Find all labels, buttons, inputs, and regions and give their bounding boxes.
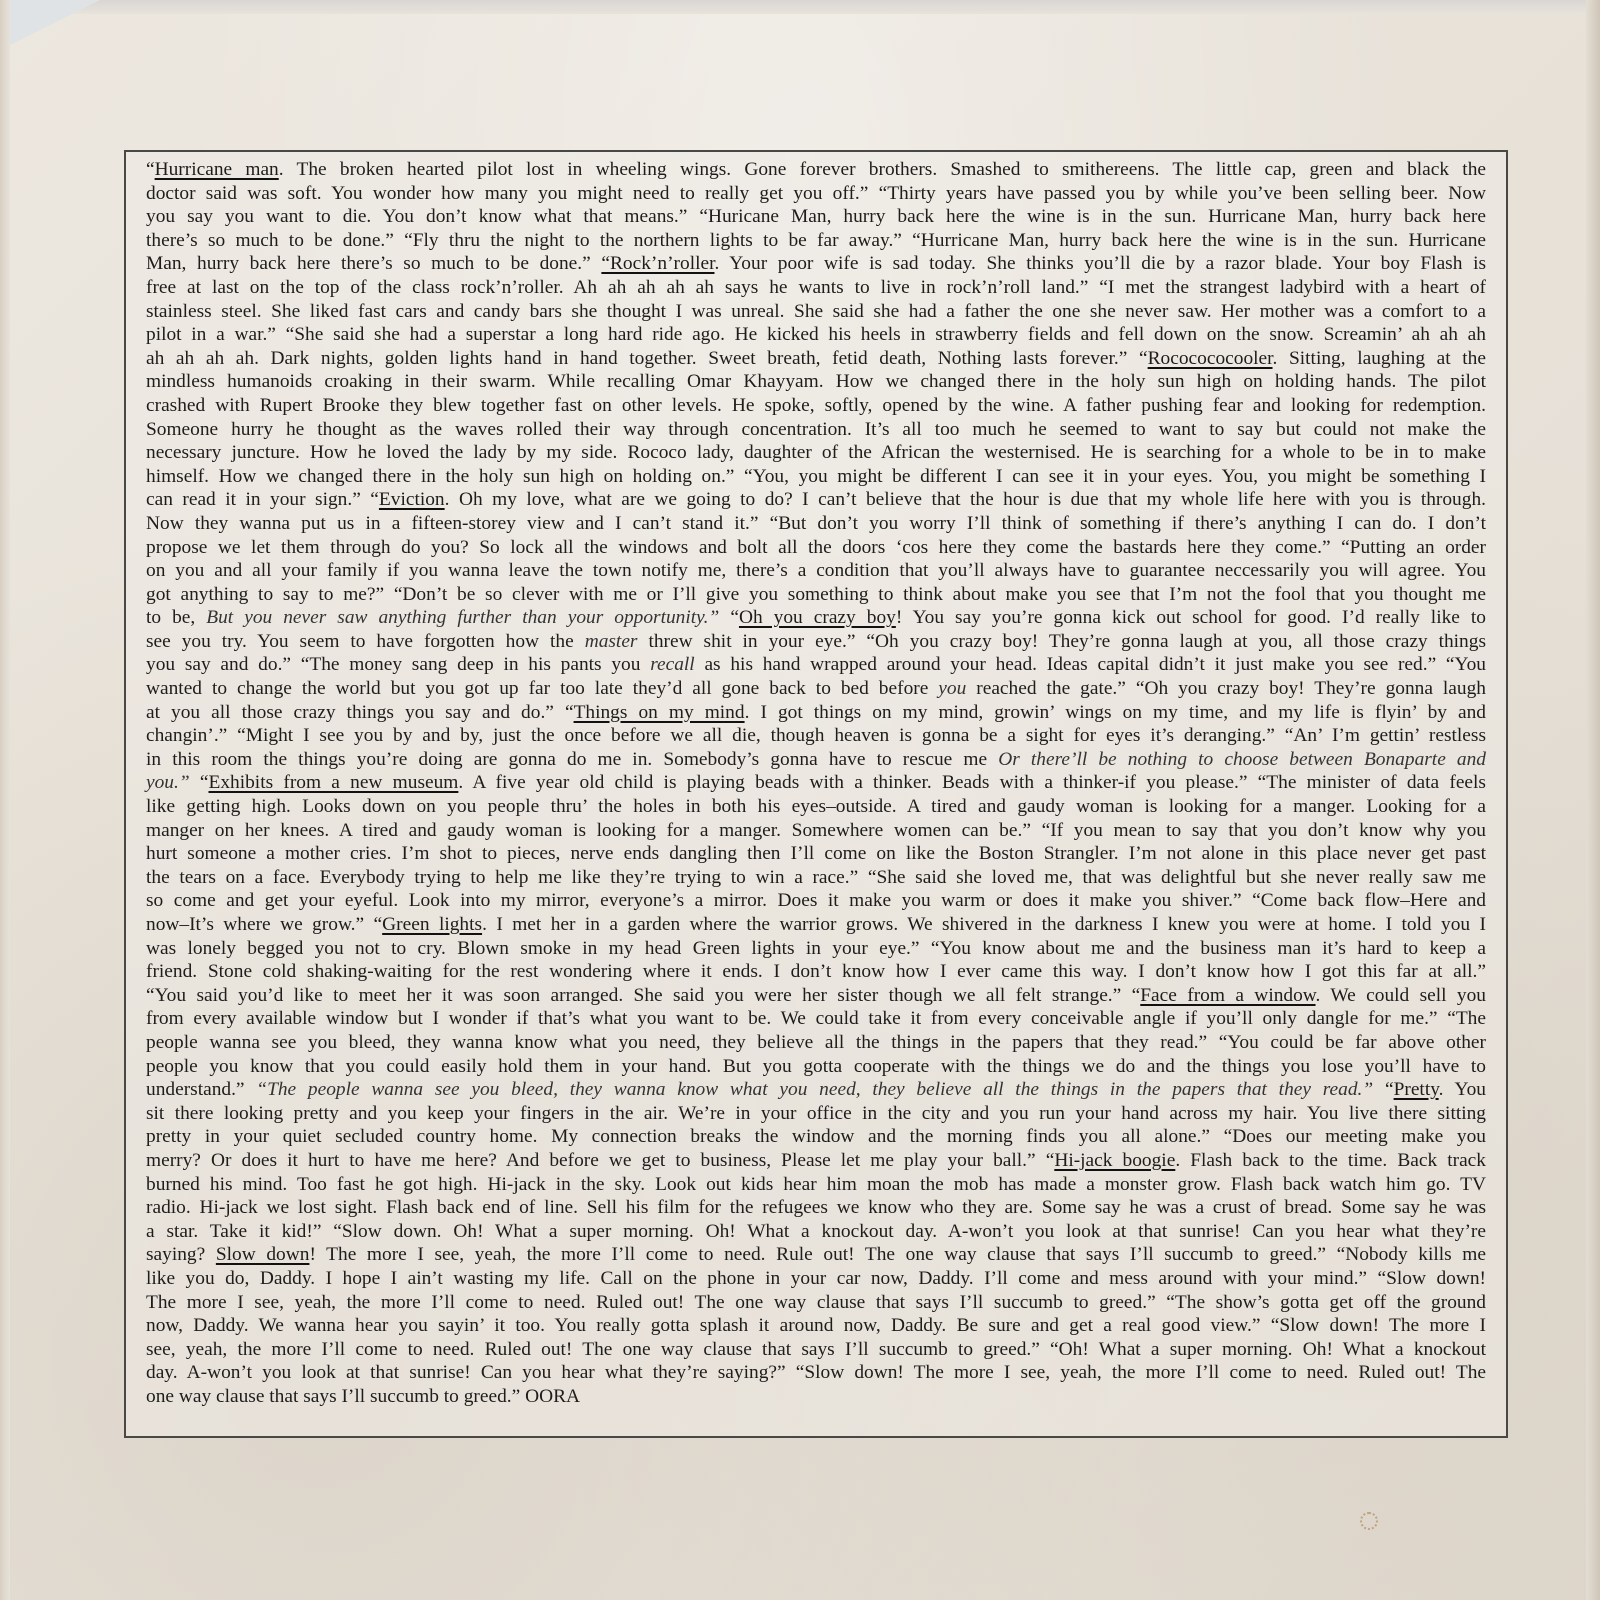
lyric-line-text: in this room the things you’re doing are… xyxy=(146,748,1486,772)
lyric-line: at you all those crazy things you say an… xyxy=(146,701,1486,725)
lyric-text: at you all those crazy things you say an… xyxy=(146,702,574,723)
lyric-text: ah ah ah ah. Dark nights, golden lights … xyxy=(146,348,1148,369)
lyric-text: on you and all your family if you wanna … xyxy=(146,560,1486,581)
lyric-text: hurt someone a mother cries. I’m shot to… xyxy=(146,843,1486,864)
lyric-text: manger on her knees. A tired and gaudy w… xyxy=(146,820,1486,841)
lyric-line-text: the tears on a face. Everybody trying to… xyxy=(146,866,1486,890)
lyric-text: understand.” xyxy=(146,1079,256,1100)
lyric-line: burned his mind. Too fast he got high. H… xyxy=(146,1173,1486,1197)
lyric-line-text: people wanna see you bleed, they wanna k… xyxy=(146,1031,1486,1055)
italic-phrase: But you never saw anything further than … xyxy=(206,607,719,628)
lyric-line-text: free at last on the top of the class roc… xyxy=(146,276,1486,300)
lyric-text: Man, hurry back here there’s so much to … xyxy=(146,253,601,274)
lyric-text: wanted to change the world but you got u… xyxy=(146,678,938,699)
lyric-text: ! The more I see, yeah, the more I’ll co… xyxy=(309,1244,1486,1265)
lyric-line: was lonely begged you not to cry. Blown … xyxy=(146,937,1486,961)
lyric-line: free at last on the top of the class roc… xyxy=(146,276,1486,300)
lyric-text: like getting high. Looks down on you peo… xyxy=(146,796,1486,817)
lyric-line-text: wanted to change the world but you got u… xyxy=(146,677,1486,701)
song-title: Face from a window xyxy=(1140,985,1315,1006)
lyric-text: like you do, Daddy. I hope I ain’t wasti… xyxy=(146,1268,1486,1289)
song-title: Pretty xyxy=(1394,1079,1439,1100)
lyric-text: so come and get your eyeful. Look into m… xyxy=(146,890,1486,911)
lyric-text: . The broken hearted pilot lost in wheel… xyxy=(279,159,1486,180)
lyric-line: hurt someone a mother cries. I’m shot to… xyxy=(146,842,1486,866)
lyric-line-text: ah ah ah ah. Dark nights, golden lights … xyxy=(146,347,1486,371)
song-title: Rococococooler xyxy=(1148,348,1273,369)
paper-stain xyxy=(1360,1512,1378,1530)
lyric-line-text: you say you want to die. You don’t know … xyxy=(146,205,1486,229)
lyric-line: ah ah ah ah. Dark nights, golden lights … xyxy=(146,347,1486,371)
lyric-line-text: changin’.” “Might I see you by and by, j… xyxy=(146,724,1486,748)
lyric-line: on you and all your family if you wanna … xyxy=(146,559,1486,583)
lyric-text: burned his mind. Too fast he got high. H… xyxy=(146,1174,1486,1195)
lyric-text: you say and do.” “The money sang deep in… xyxy=(146,654,650,675)
lyric-text: stainless steel. She liked fast cars and… xyxy=(146,301,1486,322)
lyric-line: sit there looking pretty and you keep yo… xyxy=(146,1102,1486,1126)
song-title: Hurricane man xyxy=(155,159,279,180)
italic-phrase: you xyxy=(938,678,966,699)
torn-corner xyxy=(0,0,100,50)
song-title: Slow down xyxy=(216,1244,310,1265)
lyric-line-text: radio. Hi-jack we lost sight. Flash back… xyxy=(146,1196,1486,1220)
lyric-text: now–It’s where we grow.” “ xyxy=(146,914,382,935)
lyric-line: see, yeah, the more I’ll come to need. R… xyxy=(146,1338,1486,1362)
lyric-line-text: friend. Stone cold shaking-waiting for t… xyxy=(146,960,1486,984)
lyric-text: people wanna see you bleed, they wanna k… xyxy=(146,1032,1486,1053)
lyric-text: mindless humanoids croaking in their swa… xyxy=(146,371,1486,392)
lyric-text: . You xyxy=(1439,1079,1486,1100)
song-title: Things on my mind xyxy=(574,702,745,723)
lyric-line: from every available window but I wonder… xyxy=(146,1007,1486,1031)
lyric-text: sit there looking pretty and you keep yo… xyxy=(146,1103,1486,1124)
lyric-line-text: “You said you’d like to meet her it was … xyxy=(146,984,1486,1008)
lyric-line-text: hurt someone a mother cries. I’m shot to… xyxy=(146,842,1486,866)
lyric-line: see you try. You seem to have forgotten … xyxy=(146,630,1486,654)
lyric-text: from every available window but I wonder… xyxy=(146,1008,1486,1029)
lyric-line: you say you want to die. You don’t know … xyxy=(146,205,1486,229)
italic-phrase: master xyxy=(585,631,638,652)
lyric-text: pretty in your quiet secluded country ho… xyxy=(146,1126,1486,1147)
lyric-text: people you know that you could easily ho… xyxy=(146,1056,1486,1077)
lyric-text: to be, xyxy=(146,607,206,628)
lyric-line: understand.” “The people wanna see you b… xyxy=(146,1078,1486,1102)
lyric-text: . I got things on my mind, growin’ wings… xyxy=(745,702,1486,723)
lyric-line-text: to be, But you never saw anything furthe… xyxy=(146,606,1486,630)
lyric-text: threw shit in your eye.” “Oh you crazy b… xyxy=(637,631,1486,652)
lyric-text: . I met her in a garden where the warrio… xyxy=(482,914,1486,935)
lyric-text: got anything to say to me?” “Don’t be so… xyxy=(146,584,1486,605)
lyric-line: stainless steel. She liked fast cars and… xyxy=(146,300,1486,324)
lyric-text: there’s so much to be done.” “Fly thru t… xyxy=(146,230,1486,251)
song-title: Hi-jack boogie xyxy=(1054,1150,1175,1171)
lyric-line: Someone hurry he thought as the waves ro… xyxy=(146,418,1486,442)
lyric-text: you say you want to die. You don’t know … xyxy=(146,206,1486,227)
lyric-line-text: can read it in your sign.” “Eviction. Oh… xyxy=(146,488,1486,512)
lyric-text: can read it in your sign.” “ xyxy=(146,489,379,510)
lyric-line: pilot in a war.” “She said she had a sup… xyxy=(146,323,1486,347)
lyric-line-text: a star. Take it kid!” “Slow down. Oh! Wh… xyxy=(146,1220,1486,1244)
lyric-line-text: like you do, Daddy. I hope I ain’t wasti… xyxy=(146,1267,1486,1291)
lyric-text: . A five year old child is playing beads… xyxy=(458,772,1486,793)
lyric-text: . Sitting, laughing at the xyxy=(1273,348,1486,369)
italic-phrase: recall xyxy=(650,654,695,675)
lyric-line-text: day. A-won’t you look at that sunrise! C… xyxy=(146,1361,1486,1385)
lyric-line-text: on you and all your family if you wanna … xyxy=(146,559,1486,583)
lyric-text: the tears on a face. Everybody trying to… xyxy=(146,867,1486,888)
lyric-line-text: “Hurricane man. The broken hearted pilot… xyxy=(146,158,1486,182)
lyric-line-text: propose we let them through do you? So l… xyxy=(146,536,1486,560)
lyric-text: himself. How we changed there in the hol… xyxy=(146,466,1486,487)
sleeve-right-edge xyxy=(1586,0,1600,1600)
lyric-text: see, yeah, the more I’ll come to need. R… xyxy=(146,1339,1486,1360)
lyric-line-text: from every available window but I wonder… xyxy=(146,1007,1486,1031)
lyric-line-text: The more I see, yeah, the more I’ll come… xyxy=(146,1291,1486,1315)
lyric-text: . Your poor wife is sad today. She think… xyxy=(714,253,1486,274)
lyric-line-text: pilot in a war.” “She said she had a sup… xyxy=(146,323,1486,347)
lyric-line-text: stainless steel. She liked fast cars and… xyxy=(146,300,1486,324)
lyric-line: now, Daddy. We wanna hear you sayin’ it … xyxy=(146,1314,1486,1338)
lyric-text: a star. Take it kid!” “Slow down. Oh! Wh… xyxy=(146,1221,1486,1242)
lyric-line-text: mindless humanoids croaking in their swa… xyxy=(146,370,1486,394)
lyric-line: there’s so much to be done.” “Fly thru t… xyxy=(146,229,1486,253)
lyric-line-text: Man, hurry back here there’s so much to … xyxy=(146,252,1486,276)
lyrics-body: “Hurricane man. The broken hearted pilot… xyxy=(146,158,1486,1408)
lyric-line-text: you say and do.” “The money sang deep in… xyxy=(146,653,1486,677)
lyric-line-text: so come and get your eyeful. Look into m… xyxy=(146,889,1486,913)
lyric-line: a star. Take it kid!” “Slow down. Oh! Wh… xyxy=(146,1220,1486,1244)
lyric-line: propose we let them through do you? So l… xyxy=(146,536,1486,560)
lyric-line: The more I see, yeah, the more I’ll come… xyxy=(146,1291,1486,1315)
lyric-text: “You said you’d like to meet her it was … xyxy=(146,985,1140,1006)
lyric-line: like you do, Daddy. I hope I ain’t wasti… xyxy=(146,1267,1486,1291)
lyric-line-text: like getting high. Looks down on you peo… xyxy=(146,795,1486,819)
song-title: Green lights xyxy=(382,914,482,935)
lyric-line: people you know that you could easily ho… xyxy=(146,1055,1486,1079)
lyric-line-text: crashed with Rupert Brooke they blew tog… xyxy=(146,394,1486,418)
lyric-text: Someone hurry he thought as the waves ro… xyxy=(146,419,1486,440)
lyric-text: reached the gate.” “Oh you crazy boy! Th… xyxy=(966,678,1486,699)
lyric-line-text: Someone hurry he thought as the waves ro… xyxy=(146,418,1486,442)
italic-phrase: you.” xyxy=(146,772,190,793)
lyric-line-text: pretty in your quiet secluded country ho… xyxy=(146,1125,1486,1149)
lyric-line-text: necessary juncture. How he loved the lad… xyxy=(146,441,1486,465)
lyric-line-text: now, Daddy. We wanna hear you sayin’ it … xyxy=(146,1314,1486,1338)
lyric-text: saying? xyxy=(146,1244,216,1265)
lyric-text: The more I see, yeah, the more I’ll come… xyxy=(146,1292,1486,1313)
lyric-line: Now they wanna put us in a fifteen-store… xyxy=(146,512,1486,536)
lyric-line: mindless humanoids croaking in their swa… xyxy=(146,370,1486,394)
lyric-line: so come and get your eyeful. Look into m… xyxy=(146,889,1486,913)
lyric-line-text: you.” “Exhibits from a new museum. A fiv… xyxy=(146,771,1486,795)
lyric-line-text: saying? Slow down! The more I see, yeah,… xyxy=(146,1243,1486,1267)
lyric-line-text: understand.” “The people wanna see you b… xyxy=(146,1078,1486,1102)
sleeve-top-edge xyxy=(0,0,1600,14)
lyric-line-text: there’s so much to be done.” “Fly thru t… xyxy=(146,229,1486,253)
lyric-line: doctor said was soft. You wonder how man… xyxy=(146,182,1486,206)
lyric-text: . Oh my love, what are we going to do? I… xyxy=(445,489,1486,510)
lyric-text: as his hand wrapped around your head. Id… xyxy=(695,654,1486,675)
lyric-line: Man, hurry back here there’s so much to … xyxy=(146,252,1486,276)
lyric-line: in this room the things you’re doing are… xyxy=(146,748,1486,772)
lyric-line: himself. How we changed there in the hol… xyxy=(146,465,1486,489)
lyric-text: . We could sell you xyxy=(1316,985,1486,1006)
lyric-line: to be, But you never saw anything furthe… xyxy=(146,606,1486,630)
lyric-text: “ xyxy=(190,772,209,793)
lyrics-frame: “Hurricane man. The broken hearted pilot… xyxy=(124,150,1508,1438)
lyric-line-text: burned his mind. Too fast he got high. H… xyxy=(146,1173,1486,1197)
lyric-line: crashed with Rupert Brooke they blew tog… xyxy=(146,394,1486,418)
lyric-text: necessary juncture. How he loved the lad… xyxy=(146,442,1486,463)
sleeve-left-edge xyxy=(0,0,10,1600)
lyric-line-text: himself. How we changed there in the hol… xyxy=(146,465,1486,489)
lyric-text: ! You say you’re gonna kick out school f… xyxy=(896,607,1486,628)
lyric-text: doctor said was soft. You wonder how man… xyxy=(146,183,1486,204)
lyric-text: “ xyxy=(146,159,155,180)
lyric-text: . Flash back to the time. Back track xyxy=(1175,1150,1486,1171)
lyric-text: “ xyxy=(1373,1079,1393,1100)
lyric-line-text: got anything to say to me?” “Don’t be so… xyxy=(146,583,1486,607)
lyric-text: now, Daddy. We wanna hear you sayin’ it … xyxy=(146,1315,1486,1336)
lyric-text: radio. Hi-jack we lost sight. Flash back… xyxy=(146,1197,1486,1218)
lyric-line-text: people you know that you could easily ho… xyxy=(146,1055,1486,1079)
lyric-line-text: at you all those crazy things you say an… xyxy=(146,701,1486,725)
lyric-text: day. A-won’t you look at that sunrise! C… xyxy=(146,1362,1486,1383)
lyric-line: saying? Slow down! The more I see, yeah,… xyxy=(146,1243,1486,1267)
lyric-text: see you try. You seem to have forgotten … xyxy=(146,631,585,652)
lyric-text: free at last on the top of the class roc… xyxy=(146,277,1486,298)
lyric-line: radio. Hi-jack we lost sight. Flash back… xyxy=(146,1196,1486,1220)
lyric-line: people wanna see you bleed, they wanna k… xyxy=(146,1031,1486,1055)
lyric-line: “Hurricane man. The broken hearted pilot… xyxy=(146,158,1486,182)
lyric-text: friend. Stone cold shaking-waiting for t… xyxy=(146,961,1486,982)
lyric-line: the tears on a face. Everybody trying to… xyxy=(146,866,1486,890)
lyric-line: now–It’s where we grow.” “Green lights. … xyxy=(146,913,1486,937)
song-title: Oh you crazy boy xyxy=(739,607,896,628)
lyric-text: merry? Or does it hurt to have me here? … xyxy=(146,1150,1054,1171)
lyric-text: in this room the things you’re doing are… xyxy=(146,749,998,770)
lyric-text: changin’.” “Might I see you by and by, j… xyxy=(146,725,1486,746)
lyric-line-text: see, yeah, the more I’ll come to need. R… xyxy=(146,1338,1486,1362)
lyric-line-text: Now they wanna put us in a fifteen-store… xyxy=(146,512,1486,536)
lyric-line: wanted to change the world but you got u… xyxy=(146,677,1486,701)
italic-phrase: “The people wanna see you bleed, they wa… xyxy=(256,1079,1373,1100)
lyric-line: can read it in your sign.” “Eviction. Oh… xyxy=(146,488,1486,512)
lyric-line-text: one way clause that says I’ll succumb to… xyxy=(146,1385,1486,1409)
lyric-text: was lonely begged you not to cry. Blown … xyxy=(146,938,1486,959)
lyric-line-text: see you try. You seem to have forgotten … xyxy=(146,630,1486,654)
lyric-line: you say and do.” “The money sang deep in… xyxy=(146,653,1486,677)
lyric-line: changin’.” “Might I see you by and by, j… xyxy=(146,724,1486,748)
lyric-line: pretty in your quiet secluded country ho… xyxy=(146,1125,1486,1149)
lyric-text: Now they wanna put us in a fifteen-store… xyxy=(146,513,1486,534)
lyric-line: you.” “Exhibits from a new museum. A fiv… xyxy=(146,771,1486,795)
lyric-line: got anything to say to me?” “Don’t be so… xyxy=(146,583,1486,607)
song-title: Eviction xyxy=(379,489,445,510)
lyric-line-text: doctor said was soft. You wonder how man… xyxy=(146,182,1486,206)
lyric-line-text: merry? Or does it hurt to have me here? … xyxy=(146,1149,1486,1173)
lyric-line: necessary juncture. How he loved the lad… xyxy=(146,441,1486,465)
lyric-text: crashed with Rupert Brooke they blew tog… xyxy=(146,395,1486,416)
lyric-line: one way clause that says I’ll succumb to… xyxy=(146,1385,1486,1409)
lyric-line: day. A-won’t you look at that sunrise! C… xyxy=(146,1361,1486,1385)
lyric-text: pilot in a war.” “She said she had a sup… xyxy=(146,324,1486,345)
song-title: “Rock’n’roller xyxy=(601,253,714,274)
lyric-line: merry? Or does it hurt to have me here? … xyxy=(146,1149,1486,1173)
lyric-line-text: sit there looking pretty and you keep yo… xyxy=(146,1102,1486,1126)
lyric-line-text: was lonely begged you not to cry. Blown … xyxy=(146,937,1486,961)
lyric-line: friend. Stone cold shaking-waiting for t… xyxy=(146,960,1486,984)
lyric-text: propose we let them through do you? So l… xyxy=(146,537,1486,558)
lyric-line: like getting high. Looks down on you peo… xyxy=(146,795,1486,819)
lyric-line-text: now–It’s where we grow.” “Green lights. … xyxy=(146,913,1486,937)
italic-phrase: Or there’ll be nothing to choose between… xyxy=(998,749,1486,770)
song-title: Exhibits from a new museum xyxy=(208,772,458,793)
lyric-text: “ xyxy=(719,607,739,628)
lyric-line-text: manger on her knees. A tired and gaudy w… xyxy=(146,819,1486,843)
lyric-line: “You said you’d like to meet her it was … xyxy=(146,984,1486,1008)
lyric-text: one way clause that says I’ll succumb to… xyxy=(146,1386,580,1407)
lyric-line: manger on her knees. A tired and gaudy w… xyxy=(146,819,1486,843)
